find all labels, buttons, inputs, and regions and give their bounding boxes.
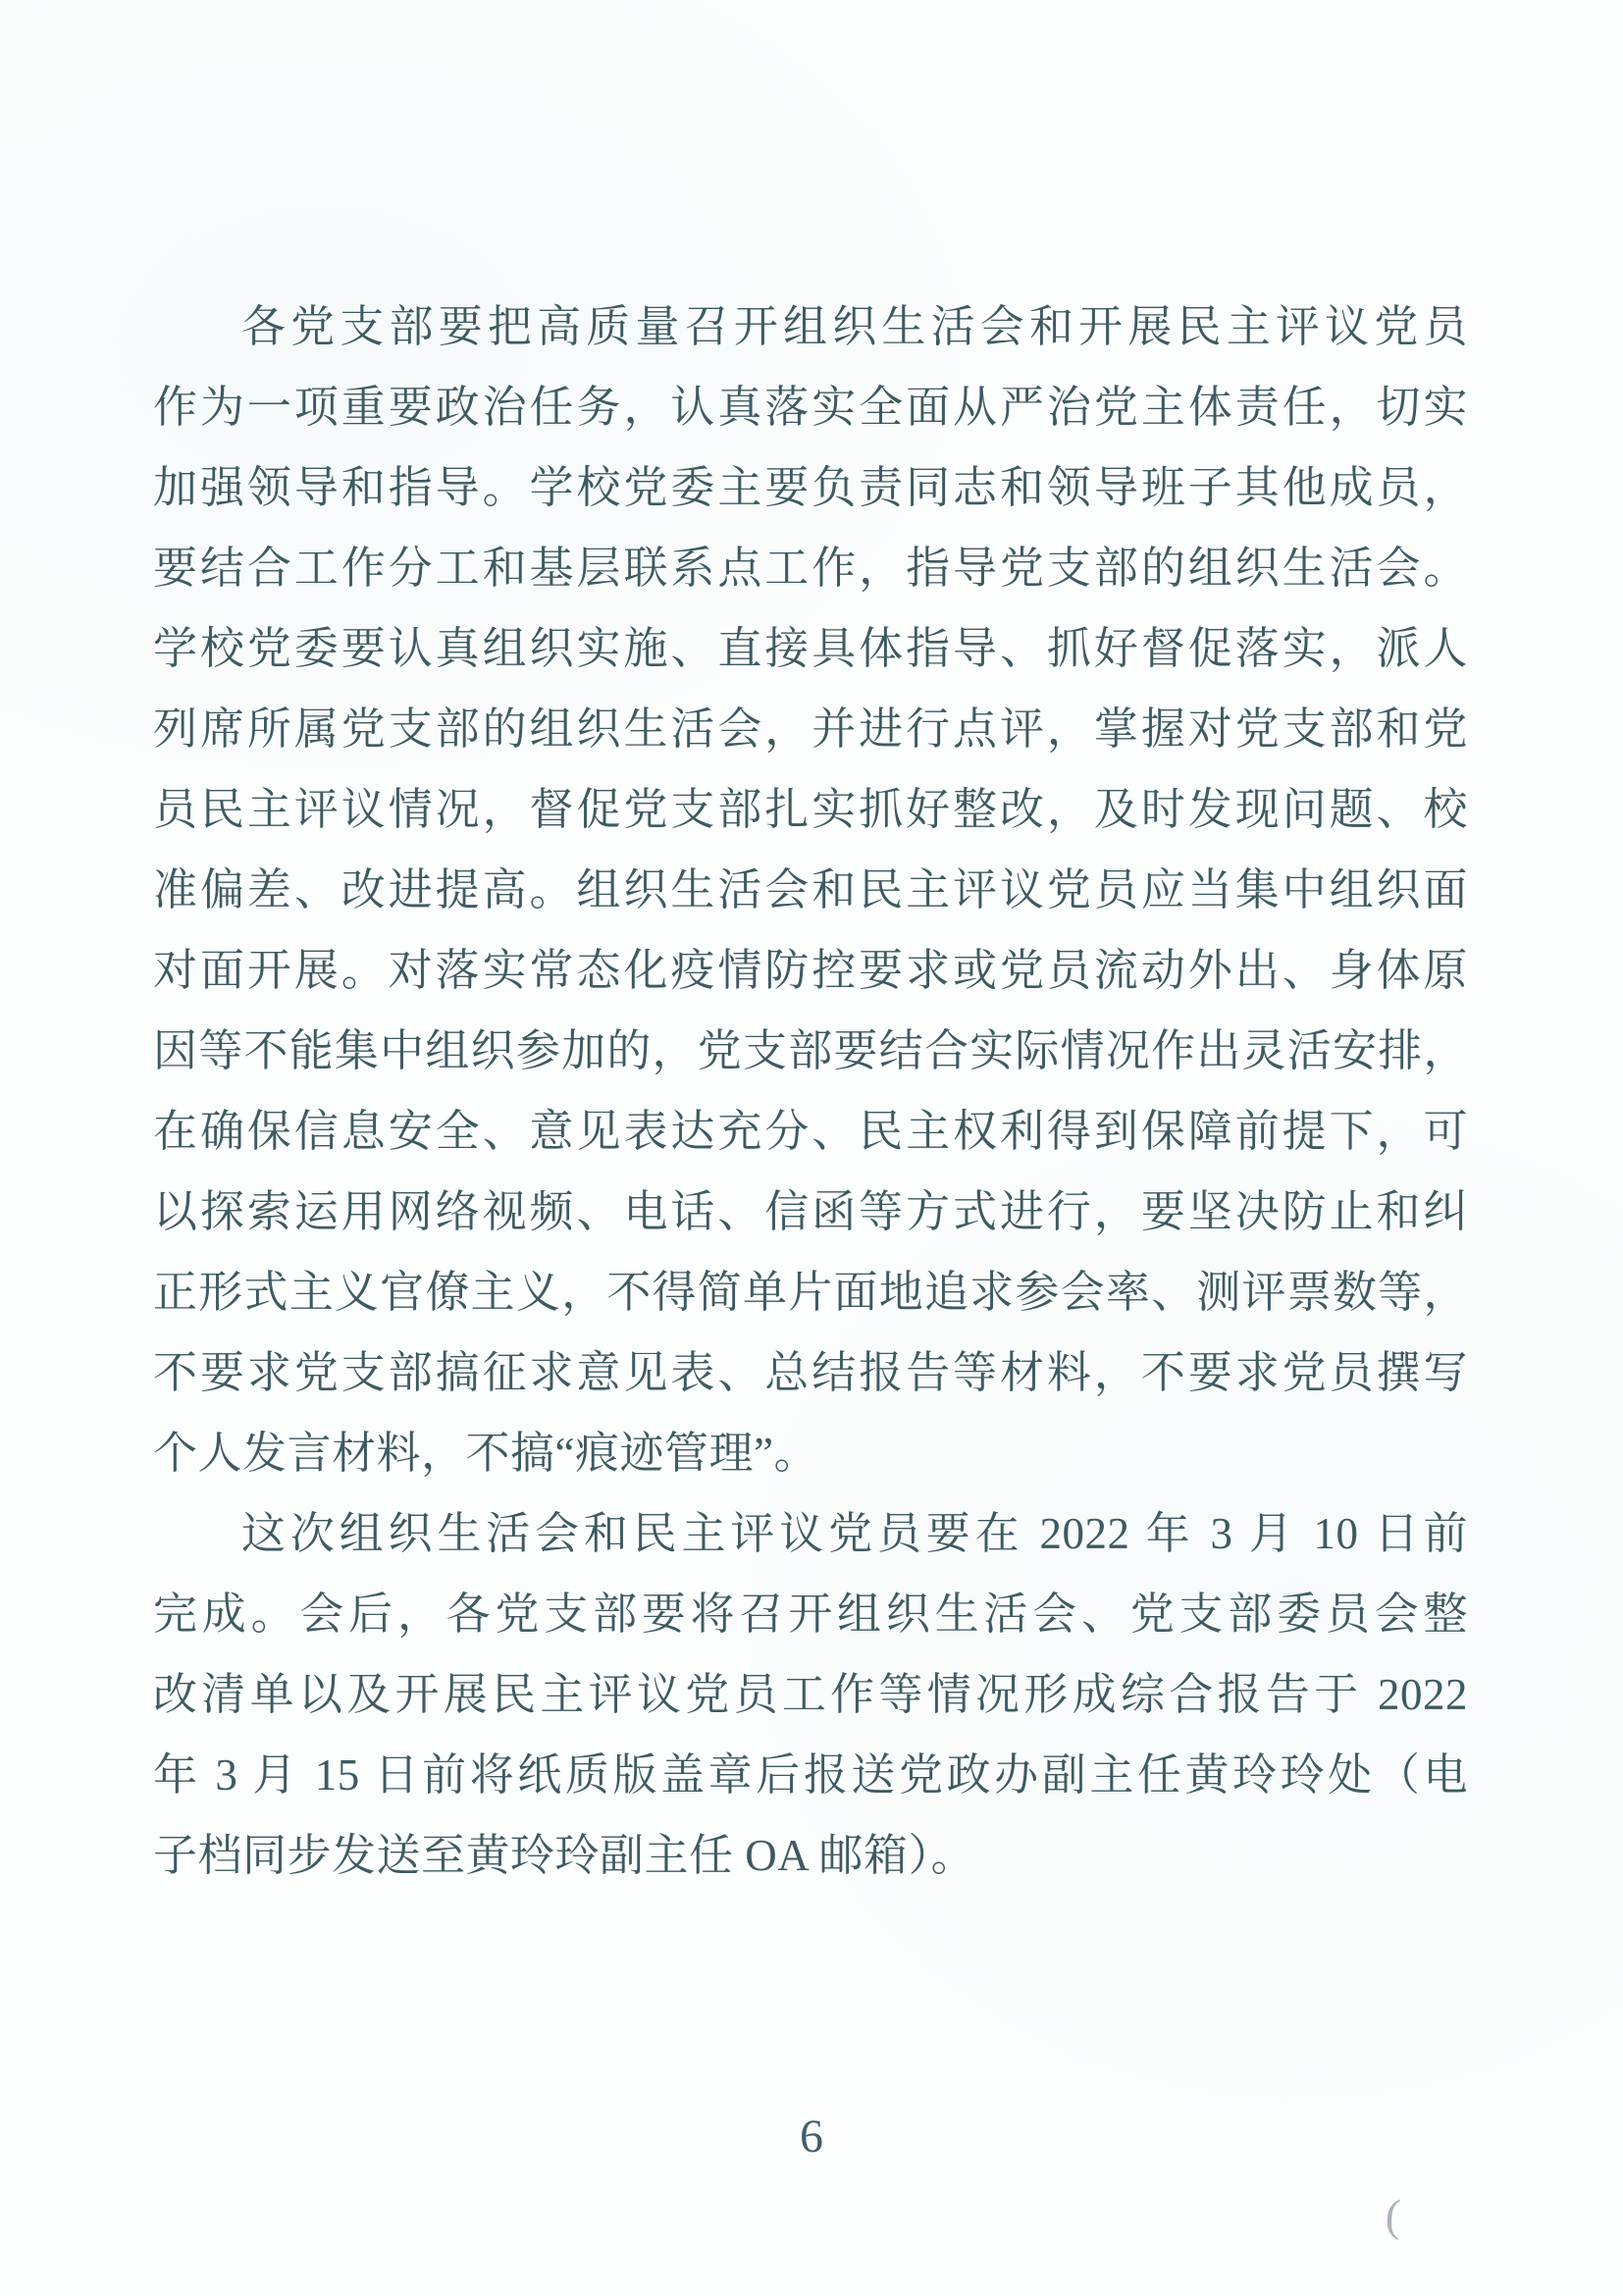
- text-line: 正形式主义官僚主义，不得简单片面地追求参会率、测评票数等，: [153, 1252, 1468, 1332]
- text-line: 加强领导和指导。学校党委主要负责同志和领导班子其他成员，: [153, 447, 1468, 528]
- text-line: 对面开展。对落实常态化疫情防控要求或党员流动外出、身体原: [153, 930, 1468, 1011]
- paragraph: 这次组织生活会和民主评议党员要在 2022 年 3 月 10 日前完成。会后，各…: [153, 1493, 1468, 1896]
- paragraph: 各党支部要把高质量召开组织生活会和开展民主评议党员作为一项重要政治任务，认真落实…: [153, 287, 1468, 1493]
- text-line: 学校党委要认真组织实施、直接具体指导、抓好督促落实，派人: [153, 608, 1468, 689]
- text-line: 员民主评议情况，督促党支部扎实抓好整改，及时发现问题、校: [153, 769, 1468, 850]
- scanned-document-page: 各党支部要把高质量召开组织生活会和开展民主评议党员作为一项重要政治任务，认真落实…: [0, 0, 1623, 2296]
- text-line: 改清单以及开展民主评议党员工作等情况形成综合报告于 2022: [153, 1654, 1468, 1735]
- text-line: 各党支部要把高质量召开组织生活会和开展民主评议党员: [153, 287, 1468, 367]
- text-line: 不要求党支部搞征求意见表、总结报告等材料，不要求党员撰写: [153, 1332, 1468, 1413]
- page-number: 6: [0, 2108, 1623, 2166]
- text-line: 在确保信息安全、意见表达充分、民主权利得到保障前提下，可: [153, 1091, 1468, 1172]
- text-block: 各党支部要把高质量召开组织生活会和开展民主评议党员作为一项重要政治任务，认真落实…: [153, 287, 1468, 1896]
- text-line: 因等不能集中组织参加的，党支部要结合实际情况作出灵活安排，: [153, 1011, 1468, 1091]
- text-line: 列席所属党支部的组织生活会，并进行点评，掌握对党支部和党: [153, 689, 1468, 769]
- text-line: 作为一项重要政治任务，认真落实全面从严治党主体责任，切实: [153, 367, 1468, 447]
- text-line: 这次组织生活会和民主评议党员要在 2022 年 3 月 10 日前: [153, 1493, 1468, 1574]
- text-line: 个人发言材料，不搞“痕迹管理”。: [153, 1413, 1468, 1493]
- text-line: 准偏差、改进提高。组织生活会和民主评议党员应当集中组织面: [153, 850, 1468, 930]
- text-line: 年 3 月 15 日前将纸质版盖章后报送党政办副主任黄玲玲处（电: [153, 1735, 1468, 1815]
- scan-stray-mark: (: [1384, 2186, 1401, 2246]
- text-line: 子档同步发送至黄玲玲副主任 OA 邮箱）。: [153, 1815, 1468, 1896]
- text-line: 完成。会后，各党支部要将召开组织生活会、党支部委员会整: [153, 1574, 1468, 1654]
- text-line: 以探索运用网络视频、电话、信函等方式进行，要坚决防止和纠: [153, 1172, 1468, 1252]
- text-line: 要结合工作分工和基层联系点工作，指导党支部的组织生活会。: [153, 528, 1468, 608]
